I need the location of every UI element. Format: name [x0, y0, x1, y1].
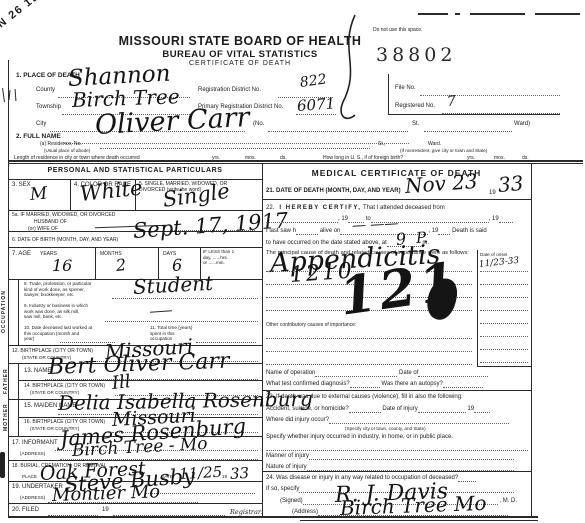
dotted-leader	[458, 475, 476, 482]
burial-year-value: 33	[229, 466, 249, 482]
do-not-use-note: Do not use this space.	[373, 27, 422, 33]
external-causes-label: 23. If death was due to external causes …	[266, 394, 463, 401]
rule	[18, 380, 262, 381]
dotted-leader	[309, 453, 514, 460]
residence-label: (a) Residence, No.	[40, 141, 82, 147]
dotted-leader	[420, 94, 560, 96]
physician-address-label: (Address)	[292, 509, 318, 515]
accident-line: Accident, suicide, or homicide? Date of …	[266, 406, 490, 413]
husband-of-label: HUSBAND OF	[34, 219, 67, 225]
registered-no-value: 7	[446, 94, 456, 109]
last-saw-text: I last saw h	[266, 228, 296, 234]
dod-year-printed: 19	[489, 190, 496, 197]
certify-19a: , 19	[338, 216, 348, 222]
pen-dash-scrawl: — ——	[352, 217, 399, 233]
dotted-leader	[480, 283, 528, 285]
age-label: 7. AGE	[12, 251, 31, 258]
corner-dash	[418, 13, 448, 15]
form-bottom-rule	[8, 516, 538, 518]
corner-dash	[470, 13, 525, 15]
manner-injury-label: Manner of injury	[266, 453, 309, 459]
dotted-leader	[64, 142, 409, 144]
burial-place-label: PLACE	[22, 474, 37, 480]
date-of-death-value: Nov 23	[404, 171, 478, 196]
dod-year-value: 33	[497, 173, 524, 195]
right-column-border	[531, 163, 532, 516]
form-left-border	[8, 60, 9, 516]
rule	[262, 390, 531, 391]
certificate-number: 38802	[376, 44, 456, 66]
if-less-line2: day, ......hrs.	[203, 255, 228, 260]
certify-19b: , 19	[489, 216, 499, 222]
dob-label: 6. DATE OF BIRTH (MONTH, DAY, AND YEAR)	[12, 237, 118, 243]
bracket-line	[18, 279, 19, 345]
md-label: , M. D.	[499, 498, 517, 504]
dotted-leader	[296, 228, 318, 235]
dotted-leader	[266, 337, 472, 339]
test-line: What test confirmed diagnosis? Was there…	[266, 381, 483, 388]
mother-vertical-label: MOTHER	[3, 401, 9, 434]
dotted-leader	[480, 309, 528, 311]
city-label: City	[36, 121, 46, 128]
onset-box-left	[477, 250, 478, 366]
informant-address-value: Birch Tree - Mo	[72, 436, 208, 460]
race-value: White	[79, 178, 144, 205]
onset-box-bottom	[477, 366, 531, 367]
dotted-leader	[349, 406, 381, 413]
if-less-line3: or ......min.	[203, 260, 225, 265]
primary-district-value: 6071	[296, 96, 335, 114]
physician-address-value: Birch Tree Mo	[340, 493, 487, 518]
certify-bold-text: I HEREBY CERTIFY,	[279, 205, 361, 211]
rule	[8, 503, 262, 504]
informant-label: 17. INFORMANT	[12, 440, 58, 447]
trade-label-line3: sawyer, bookkeeper, etc.	[24, 292, 75, 297]
bracket-line	[18, 363, 19, 399]
dotted-leader	[350, 381, 380, 388]
death-said-text: Death is said	[452, 228, 487, 234]
city-st-label: St.	[412, 121, 419, 128]
last-worked-line1: 10. Date deceased last worked at	[24, 325, 92, 330]
if-less-label: IF LESS than 1 day, ......hrs. or ......…	[203, 249, 234, 266]
injury-date-label: Date of injury	[382, 406, 417, 412]
medical-section-title: MEDICAL CERTIFICATE OF DEATH	[262, 168, 531, 178]
dotted-leader	[480, 322, 528, 324]
if-so-label: If so, specify	[266, 486, 299, 492]
nature-injury-label: Nature of injury	[266, 464, 307, 470]
double-rule-top	[8, 160, 583, 162]
trade-value: Student	[132, 273, 213, 297]
cell-divider	[135, 179, 136, 210]
dotted-leader	[268, 130, 408, 132]
ink-marks	[15, 89, 17, 101]
father-vertical-label: FATHER	[3, 366, 9, 397]
dob-value: Sept. 17, 1917	[132, 210, 289, 242]
dotted-leader	[329, 417, 509, 424]
industry-label-line2: work was done, as silk mill,	[24, 309, 79, 314]
death-certificate-scan: JAN 26 1934 MISSOURI STATE BOARD OF HEAL…	[0, 0, 585, 523]
certify-number: 22.	[266, 205, 274, 211]
residence-ward-label: Ward.	[428, 141, 441, 147]
full-name-value: Oliver Carr	[94, 104, 250, 139]
dotted-leader	[499, 216, 513, 223]
received-date-stamp: JAN 26 1934	[0, 0, 54, 42]
date-of-label: Date of	[399, 370, 418, 376]
where-injury-line: Where did injury occur?	[266, 417, 509, 424]
specify-city-note: (Specify city or town, county, and State…	[345, 426, 426, 432]
operation-line: Name of operation Date of	[266, 370, 488, 377]
cell-divider	[95, 247, 96, 279]
dotted-leader	[480, 296, 528, 298]
accident-label: Accident, suicide, or homicide?	[266, 406, 349, 412]
last-worked-line3: year)	[24, 336, 34, 341]
form-bottom-rule-2	[300, 520, 538, 521]
burial-year-printed: 19	[222, 474, 227, 480]
trade-label-line1: 8. Trade, profession, or particular	[24, 281, 91, 286]
township-label: Township	[36, 104, 61, 111]
sex-value: M	[29, 186, 48, 204]
industry-label: 9. Industry or business in which work wa…	[24, 303, 88, 320]
cell-divider	[70, 179, 71, 210]
dotted-leader	[480, 270, 528, 272]
residence-sub-label: (Usual place of abode)	[44, 148, 90, 154]
specify-where-label: Specify whether injury occurred in indus…	[266, 434, 453, 441]
trade-label-line2: kind of work done, as spinner,	[24, 287, 85, 292]
registration-district-value: 822	[299, 72, 327, 90]
certify-19c: , 19	[428, 228, 438, 234]
dotted-leader	[105, 320, 258, 322]
certify-rest-text: That I attended deceased from	[363, 205, 445, 211]
dotted-leader	[315, 370, 397, 377]
dotted-leader	[418, 406, 466, 413]
injury-19-label: 19	[467, 406, 474, 412]
where-injury-label: Where did injury occur?	[266, 417, 329, 423]
date-of-death-label: 21. DATE OF DEATH (MONTH, DAY, AND YEAR)	[266, 188, 401, 195]
age-months-value: 2	[115, 257, 127, 274]
dotted-leader	[266, 449, 528, 451]
manner-line: Manner of injury	[266, 453, 514, 460]
trade-label: 8. Trade, profession, or particular kind…	[24, 281, 91, 298]
residence-st-label: St.,	[378, 141, 386, 147]
sex-label: 3. SEX	[12, 182, 31, 189]
industry-label-line3: saw mill, bank, etc.	[24, 314, 63, 319]
total-time-line1: 11. Total time (years)	[150, 325, 192, 330]
date-of-onset-value: 11/23-33	[479, 257, 520, 270]
file-box-divider	[388, 74, 389, 114]
last-worked-line2: this occupation (month and	[24, 331, 79, 336]
filed-label: 20. FILED	[12, 507, 39, 514]
registration-district-label: Registration District No.	[198, 87, 261, 94]
rule	[8, 210, 262, 211]
last-worked-label: 10. Date deceased last worked at this oc…	[24, 325, 92, 342]
age-years-value: 16	[52, 258, 72, 274]
dotted-leader	[438, 228, 450, 235]
spouse-label: 5a. IF MARRIED, WIDOWED, OR DIVORCED	[12, 212, 115, 218]
undertaker-address-label: (ADDRESS)	[20, 495, 45, 501]
rule	[262, 471, 531, 472]
dotted-leader	[145, 492, 255, 494]
file-box-bottom-rule	[388, 114, 560, 115]
file-no-label: File No.	[395, 85, 416, 92]
industry-dash-mark	[150, 310, 172, 313]
industry-label-line1: 9. Industry or business in which	[24, 303, 88, 308]
father-birthplace-label: 14. BIRTHPLACE (CITY OR TOWN)	[24, 383, 105, 389]
ink-marks	[2, 88, 5, 102]
operation-label: Name of operation	[266, 370, 315, 376]
ink-blob	[0, 452, 5, 478]
test-label: What test confirmed diagnosis?	[266, 381, 350, 387]
full-name-label: 2. FULL NAME	[16, 133, 61, 141]
city-ward-label: Ward)	[514, 121, 530, 128]
filed-year-printed: 19	[102, 507, 109, 514]
dotted-leader	[196, 341, 256, 343]
rule	[262, 199, 531, 200]
dotted-leader	[443, 381, 483, 388]
autopsy-label: Was there an autopsy?	[381, 381, 442, 387]
corner-dash	[455, 13, 460, 15]
double-rule-bottom	[8, 163, 583, 164]
personal-section-title: PERSONAL AND STATISTICAL PARTICULARS	[8, 167, 262, 175]
occupation-vertical-label: OCCUPATION	[1, 281, 7, 343]
dotted-leader	[418, 370, 488, 377]
dotted-leader	[480, 348, 528, 350]
rule	[8, 247, 262, 248]
alive-on-text: alive on	[320, 228, 341, 234]
registered-no-label: Registered No.	[395, 103, 435, 110]
dotted-leader	[266, 216, 338, 223]
certify-line1: 22. I HEREBY CERTIFY, That I attended de…	[266, 205, 445, 212]
nonresident-note: (If nonresident, give city or town and S…	[400, 148, 487, 154]
corner-dash	[535, 13, 580, 15]
informant-address-label: (ADDRESS)	[20, 451, 45, 457]
dotted-leader	[480, 361, 528, 363]
signed-label: (Signed)	[280, 498, 303, 504]
city-no-label: (No.	[253, 121, 264, 128]
dotted-leader	[424, 130, 512, 132]
dotted-leader	[474, 406, 490, 413]
dotted-leader	[266, 350, 472, 352]
county-label: County	[36, 87, 55, 94]
dotted-leader	[480, 335, 528, 337]
dotted-leader	[266, 363, 472, 365]
if-less-line1: IF LESS than 1	[203, 249, 234, 254]
contributory-label: Other contributory causes of importance:	[266, 322, 356, 328]
dotted-leader	[100, 147, 370, 149]
father-name-value: Bert Oliver Carr	[48, 351, 230, 379]
